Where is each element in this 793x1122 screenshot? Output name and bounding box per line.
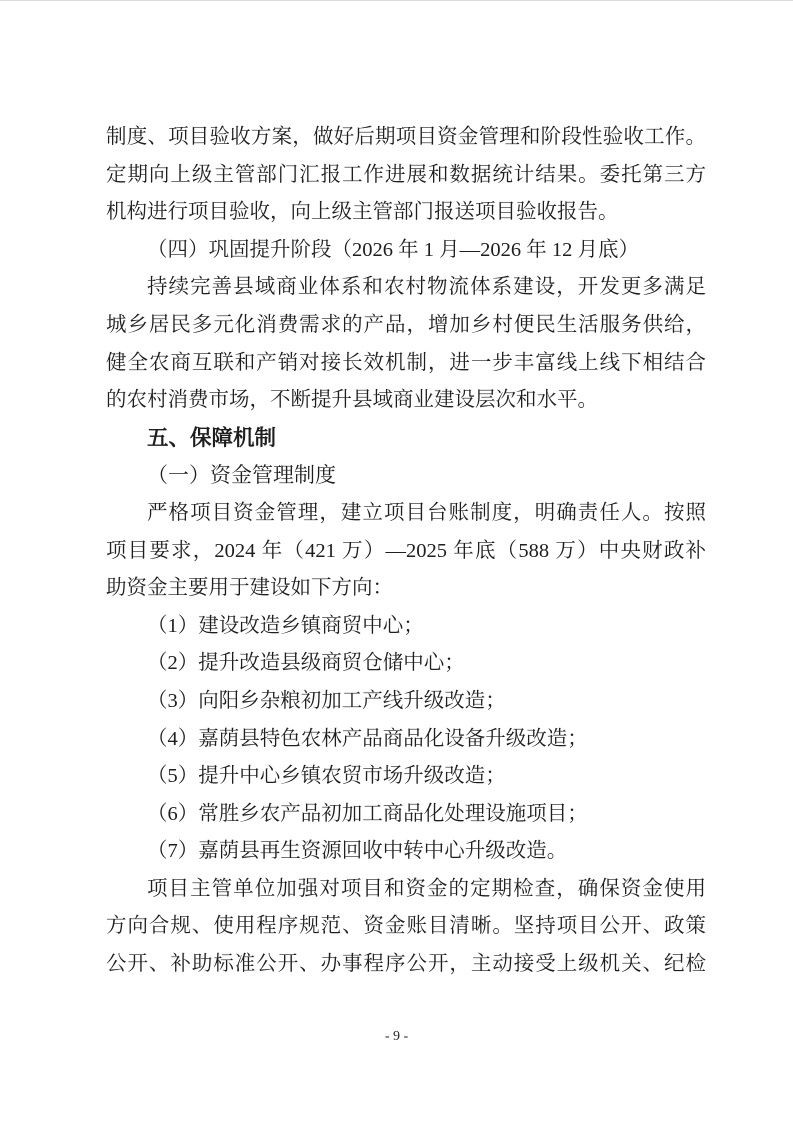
text-line: （四）巩固提升阶段（2026 年 1 月—2026 年 12 月底） bbox=[106, 232, 706, 270]
text-line: （2）提升改造县级商贸仓储中心； bbox=[106, 645, 706, 683]
text-line: 城乡居民多元化消费需求的产品，增加乡村便民生活服务供给， bbox=[106, 307, 706, 345]
paragraph-continuation: 制度、项目验收方案，做好后期项目资金管理和阶段性验收工作。定期向上级主管部门汇报… bbox=[106, 119, 706, 232]
list-item-3: （3）向阳乡杂粮初加工产线升级改造； bbox=[106, 683, 706, 721]
list-item-2: （2）提升改造县级商贸仓储中心； bbox=[106, 645, 706, 683]
document-page: 制度、项目验收方案，做好后期项目资金管理和阶段性验收工作。定期向上级主管部门汇报… bbox=[0, 0, 793, 1122]
text-line: 方向合规、使用程序规范、资金账目清晰。坚持项目公开、政策 bbox=[106, 908, 706, 946]
text-line: 机构进行项目验收，向上级主管部门报送项目验收报告。 bbox=[106, 194, 706, 232]
text-line: 助资金主要用于建设如下方向： bbox=[106, 570, 706, 608]
list-item-6: （6）常胜乡农产品初加工商品化处理设施项目； bbox=[106, 796, 706, 834]
text-line: 公开、补助标准公开、办事程序公开，主动接受上级机关、纪检 bbox=[106, 946, 706, 984]
text-line: 定期向上级主管部门汇报工作进展和数据统计结果。委托第三方 bbox=[106, 157, 706, 195]
heading-subsection-one: （一）资金管理制度 bbox=[106, 457, 706, 495]
text-line: 的农村消费市场，不断提升县域商业建设层次和水平。 bbox=[106, 382, 706, 420]
list-item-4: （4）嘉荫县特色农林产品商品化设备升级改造； bbox=[106, 721, 706, 759]
paragraph-supervision: 项目主管单位加强对项目和资金的定期检查，确保资金使用方向合规、使用程序规范、资金… bbox=[106, 871, 706, 984]
paragraph-stage-four-body: 持续完善县域商业体系和农村物流体系建设，开发更多满足城乡居民多元化消费需求的产品… bbox=[106, 269, 706, 419]
paragraph-fund-management: 严格项目资金管理，建立项目台账制度，明确责任人。按照项目要求，2024 年（42… bbox=[106, 495, 706, 608]
text-line: （6）常胜乡农产品初加工商品化处理设施项目； bbox=[106, 796, 706, 834]
text-line: 项目要求，2024 年（421 万）—2025 年底（588 万）中央财政补 bbox=[106, 533, 706, 571]
heading-stage-four: （四）巩固提升阶段（2026 年 1 月—2026 年 12 月底） bbox=[106, 232, 706, 270]
text-line: （4）嘉荫县特色农林产品商品化设备升级改造； bbox=[106, 721, 706, 759]
text-line: （3）向阳乡杂粮初加工产线升级改造； bbox=[106, 683, 706, 721]
list-item-1: （1）建设改造乡镇商贸中心； bbox=[106, 608, 706, 646]
document-body: 制度、项目验收方案，做好后期项目资金管理和阶段性验收工作。定期向上级主管部门汇报… bbox=[106, 119, 706, 984]
text-line: 健全农商互联和产销对接长效机制，进一步丰富线上线下相结合 bbox=[106, 345, 706, 383]
page-footer: - 9 - bbox=[0, 1029, 793, 1045]
text-line: 严格项目资金管理，建立项目台账制度，明确责任人。按照 bbox=[106, 495, 706, 533]
list-item-5: （5）提升中心乡镇农贸市场升级改造； bbox=[106, 758, 706, 796]
text-line: （一）资金管理制度 bbox=[106, 457, 706, 495]
list-item-7: （7）嘉荫县再生资源回收中转中心升级改造。 bbox=[106, 833, 706, 871]
page-number: - 9 - bbox=[385, 1029, 408, 1044]
text-line: （1）建设改造乡镇商贸中心； bbox=[106, 608, 706, 646]
heading-section-five: 五、保障机制 bbox=[106, 420, 706, 458]
text-line: 项目主管单位加强对项目和资金的定期检查，确保资金使用 bbox=[106, 871, 706, 909]
text-line: （5）提升中心乡镇农贸市场升级改造； bbox=[106, 758, 706, 796]
text-line: 制度、项目验收方案，做好后期项目资金管理和阶段性验收工作。 bbox=[106, 119, 706, 157]
text-line: （7）嘉荫县再生资源回收中转中心升级改造。 bbox=[106, 833, 706, 871]
text-line: 五、保障机制 bbox=[106, 420, 706, 458]
text-line: 持续完善县域商业体系和农村物流体系建设，开发更多满足 bbox=[106, 269, 706, 307]
